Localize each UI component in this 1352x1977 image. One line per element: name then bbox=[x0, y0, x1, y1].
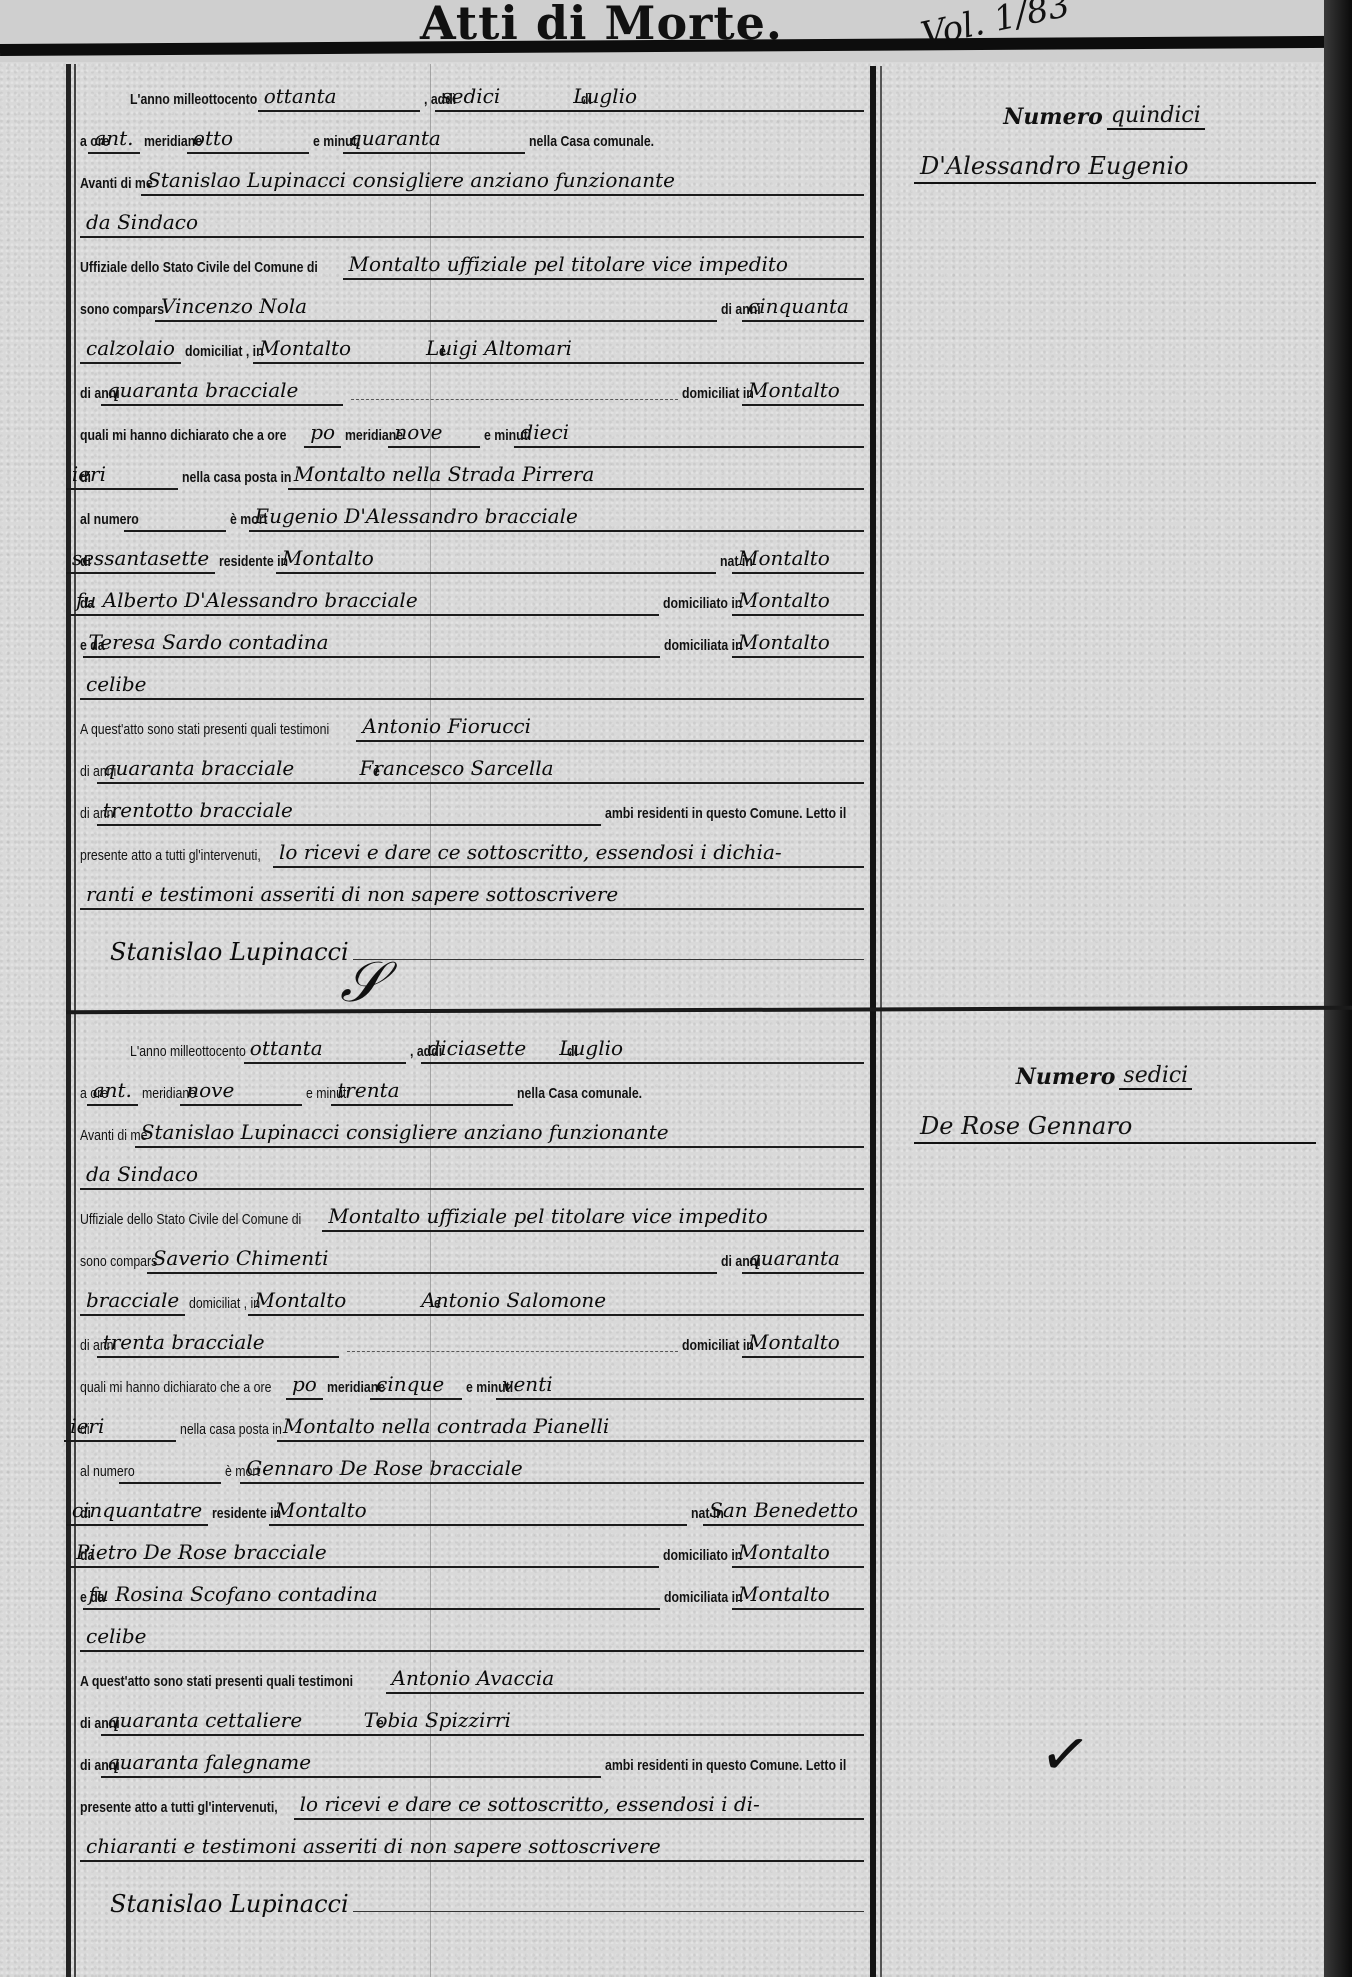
field-declarant-1-prof: bracciale bbox=[80, 1288, 185, 1316]
field-deceased-name: Gennaro De Rose bracciale bbox=[240, 1456, 864, 1484]
act-date-line: L'anno milleottocento ottanta , addì sed… bbox=[80, 70, 868, 112]
label-da: da bbox=[80, 595, 94, 616]
label-presente-atto: presente atto a tutti gl'intervenuti, bbox=[80, 1799, 278, 1820]
act-reading-line: presente atto a tutti gl'intervenuti, lo… bbox=[80, 1778, 868, 1820]
act-witness-line: A quest'atto sono stati presenti quali t… bbox=[80, 1652, 868, 1694]
blank-line bbox=[351, 398, 678, 400]
label-e-minuti: e minuti bbox=[306, 1085, 349, 1106]
label-di: di bbox=[80, 469, 91, 490]
act-date-line: L'anno milleottocento ottanta , addì dic… bbox=[80, 1022, 868, 1064]
field-officer: Stanislao Lupinacci consigliere anziano … bbox=[141, 168, 864, 196]
field-reading: lo ricevi e dare ce sottoscritto, essend… bbox=[273, 840, 864, 868]
label-domiciliat-in: domiciliat in bbox=[682, 385, 754, 406]
field-father: Pietro De Rose bracciale bbox=[70, 1540, 659, 1568]
act-witness-2-line: di anni quaranta bracciale e Francesco S… bbox=[80, 742, 868, 784]
label-casa-posta: nella casa posta in bbox=[182, 469, 291, 490]
field-declarant-1-prof: calzolaio bbox=[80, 336, 181, 364]
label-residente-in: residente in bbox=[212, 1505, 281, 1526]
label-ufficiale: Uffiziale dello Stato Civile del Comune … bbox=[80, 1211, 301, 1232]
field-ore: otto bbox=[187, 126, 309, 154]
field-civil-status: celibe bbox=[80, 672, 864, 700]
act-mother-line: e da Teresa Sardo contadina domiciliata … bbox=[80, 616, 868, 658]
act-deceased-residence-line: di sessantasette residente in Montalto n… bbox=[80, 532, 868, 574]
field-deceased-name: Eugenio D'Alessandro bracciale bbox=[249, 504, 865, 532]
label-domiciliata-in: domiciliata in bbox=[664, 637, 743, 658]
field-declarant-1-domicile: Montalto bbox=[248, 1288, 430, 1316]
death-act-2: L'anno milleottocento ottanta , addì dic… bbox=[80, 1022, 868, 1918]
field-witness-1-age: quaranta bracciale bbox=[97, 756, 369, 784]
act-divider bbox=[66, 1006, 1352, 1014]
label-e-minuti: e minuti bbox=[313, 133, 360, 154]
label-e-da: e da bbox=[80, 637, 105, 658]
act-reading-cont-line: ranti e testimoni asseriti di non sapere… bbox=[80, 868, 868, 910]
field-officer-cont: da Sindaco bbox=[80, 210, 864, 238]
field-act-number: quindici bbox=[1107, 103, 1205, 130]
column-divider bbox=[870, 66, 876, 1977]
officer-signature: Stanislao Lupinacci bbox=[80, 938, 349, 966]
label-nat-in: nat in bbox=[691, 1505, 724, 1526]
field-declarant-2: Antonio Salomone bbox=[415, 1288, 864, 1316]
act-time-line: a ore ant. meridiane otto e minuti quara… bbox=[80, 112, 868, 154]
field-act-number: sedici bbox=[1119, 1063, 1192, 1090]
field-death-place: Montalto nella contrada Pianelli bbox=[277, 1414, 864, 1442]
act-time-line: a ore ant. meridiane nove e minuti trent… bbox=[80, 1064, 868, 1106]
field-mese: Luglio bbox=[553, 1036, 864, 1064]
act-number: Numero sedici bbox=[884, 1040, 1324, 1090]
page-edge-shadow bbox=[1324, 0, 1352, 1977]
label-numero: Numero bbox=[1016, 1064, 1116, 1090]
label-al-numero: al numero bbox=[80, 1463, 135, 1484]
act-comune-line: Uffiziale dello Stato Civile del Comune … bbox=[80, 1190, 868, 1232]
label-meridiane: meridiane bbox=[142, 1085, 196, 1106]
field-death-place: Montalto nella Strada Pirrera bbox=[288, 462, 864, 490]
signature-flourish: 𝒮 bbox=[340, 950, 383, 1016]
act-2-margin-box: Numero sedici De Rose Gennaro bbox=[884, 1040, 1324, 1144]
field-anno: ottanta bbox=[258, 84, 420, 112]
field-mother-domicile: Montalto bbox=[732, 630, 864, 658]
act-comune-line: Uffiziale dello Stato Civile del Comune … bbox=[80, 238, 868, 280]
act-deceased-residence-line: di cinquantatre residente in Montalto na… bbox=[80, 1484, 868, 1526]
act-officer-line: Avanti di me Stanislao Lupinacci consigl… bbox=[80, 1106, 868, 1148]
field-witness-2-age: trentotto bracciale bbox=[97, 798, 602, 826]
label-e-da: e da bbox=[80, 1589, 105, 1610]
label-di-anni: di anni bbox=[721, 1253, 761, 1274]
label-di: di bbox=[80, 1505, 91, 1526]
label-avanti-di-me: Avanti di me bbox=[80, 175, 153, 196]
field-witness-2: Tobia Spizzirri bbox=[358, 1708, 864, 1736]
label-casa-comunale: nella Casa comunale. bbox=[529, 133, 654, 154]
margin-deceased-name: De Rose Gennaro bbox=[914, 1112, 1316, 1144]
act-officer-cont-line: da Sindaco bbox=[80, 1148, 868, 1190]
blank-line bbox=[353, 1910, 864, 1912]
label-ufficiale: Uffiziale dello Stato Civile del Comune … bbox=[80, 259, 318, 280]
act-reading-cont-line: chiaranti e testimoni asseriti di non sa… bbox=[80, 1820, 868, 1862]
field-reading-cont: chiaranti e testimoni asseriti di non sa… bbox=[80, 1834, 864, 1862]
field-declarant-2: Luigi Altomari bbox=[420, 336, 864, 364]
field-ore: nove bbox=[180, 1078, 302, 1106]
label-casa-comunale: nella Casa comunale. bbox=[517, 1085, 642, 1106]
field-declarant-2-domicile: Montalto bbox=[742, 1330, 864, 1358]
label-e-mort: è mort bbox=[225, 1463, 260, 1484]
label-testimoni: A quest'atto sono stati presenti quali t… bbox=[80, 721, 329, 742]
label-casa-posta: nella casa posta in bbox=[180, 1421, 282, 1442]
label-residente-in: residente in bbox=[219, 553, 288, 574]
label-e: e bbox=[439, 343, 446, 364]
label-di-mese: di bbox=[581, 91, 592, 112]
field-civil-status: celibe bbox=[80, 1624, 864, 1652]
act-witness-residence-line: di anni quaranta falegname ambi resident… bbox=[80, 1736, 868, 1778]
field-witness-1: Antonio Fiorucci bbox=[356, 714, 864, 742]
act-declarant-domicile-line: calzolaio domiciliat , in Montalto e Lui… bbox=[80, 322, 868, 364]
label-testimoni: A quest'atto sono stati presenti quali t… bbox=[80, 1673, 353, 1694]
act-witness-2-line: di anni quaranta cettaliere e Tobia Spiz… bbox=[80, 1694, 868, 1736]
check-mark-icon: ✓ bbox=[1035, 1717, 1095, 1793]
label-meridiane: meridiane bbox=[345, 427, 403, 448]
label-domiciliat: domiciliat , in bbox=[189, 1295, 260, 1316]
field-witness-1: Antonio Avaccia bbox=[386, 1666, 864, 1694]
field-deceased-birthplace: San Benedetto bbox=[703, 1498, 864, 1526]
field-reading-cont: ranti e testimoni asseriti di non sapere… bbox=[80, 882, 864, 910]
label-di-anni: di anni bbox=[80, 385, 120, 406]
label-di-mese: di bbox=[567, 1043, 578, 1064]
field-mese: Luglio bbox=[567, 84, 864, 112]
label-ambi-residenti: ambi residenti in questo Comune. Letto i… bbox=[605, 1757, 846, 1778]
field-death-minutes: dieci bbox=[514, 420, 864, 448]
field-witness-2-age: quaranta falegname bbox=[101, 1750, 601, 1778]
label-sono-compars: sono compars bbox=[80, 1253, 157, 1274]
label-ambi-residenti: ambi residenti in questo Comune. Letto i… bbox=[605, 805, 846, 826]
act-declarant-line: sono compars Vincenzo Nola di anni cinqu… bbox=[80, 280, 868, 322]
label-e: e bbox=[373, 763, 380, 784]
act-declarant-2-line: di anni quaranta bracciale domiciliat in… bbox=[80, 364, 868, 406]
label-e: e bbox=[434, 1295, 441, 1316]
field-declarant-2-age: quaranta bracciale bbox=[101, 378, 343, 406]
label-anno: L'anno milleottocento bbox=[130, 91, 257, 112]
field-father-domicile: Montalto bbox=[732, 588, 864, 616]
act-officer-line: Avanti di me Stanislao Lupinacci consigl… bbox=[80, 154, 868, 196]
field-deceased-residence: Montalto bbox=[276, 546, 716, 574]
field-mother-domicile: Montalto bbox=[732, 1582, 864, 1610]
act-father-line: da fu Alberto D'Alessandro bracciale dom… bbox=[80, 574, 868, 616]
label-domiciliato-in: domiciliato in bbox=[663, 1547, 742, 1568]
act-death-time-line: quali mi hanno dichiarato che a ore po m… bbox=[80, 406, 868, 448]
act-witness-line: A quest'atto sono stati presenti quali t… bbox=[80, 700, 868, 742]
label-di-anni: di anni bbox=[80, 1337, 116, 1358]
field-declarant-2-age: trenta bracciale bbox=[97, 1330, 339, 1358]
field-anno: ottanta bbox=[244, 1036, 406, 1064]
margin-deceased-name: D'Alessandro Eugenio bbox=[914, 152, 1316, 184]
field-giorno: sedici bbox=[435, 84, 577, 112]
act-death-place-line: di ieri nella casa posta in Montalto nel… bbox=[80, 448, 868, 490]
act-witness-residence-line: di anni trentotto bracciale ambi residen… bbox=[80, 784, 868, 826]
label-domiciliata-in: domiciliata in bbox=[664, 1589, 743, 1610]
label-avanti-di-me: Avanti di me bbox=[80, 1127, 147, 1148]
label-presente-atto: presente atto a tutti gl'intervenuti, bbox=[80, 847, 261, 868]
label-di: di bbox=[80, 553, 91, 574]
blank-line bbox=[353, 958, 864, 960]
label-domiciliato-in: domiciliato in bbox=[663, 595, 742, 616]
label-quali-dichiarato: quali mi hanno dichiarato che a ore bbox=[80, 427, 286, 448]
field-deceased-residence: Montalto bbox=[269, 1498, 687, 1526]
field-witness-1-age: quaranta cettaliere bbox=[101, 1708, 373, 1736]
frame-border-left-inner bbox=[74, 64, 76, 1977]
officer-signature: Stanislao Lupinacci bbox=[80, 1890, 349, 1918]
field-minuti: trenta bbox=[331, 1078, 513, 1106]
label-e-mort: è mort bbox=[230, 511, 268, 532]
field-minuti: quaranta bbox=[343, 126, 525, 154]
field-death-ante-post: po bbox=[304, 420, 341, 448]
label-da: da bbox=[80, 1547, 94, 1568]
blank-line bbox=[347, 1350, 678, 1352]
act-death-time-line: quali mi hanno dichiarato che a ore po m… bbox=[80, 1358, 868, 1400]
label-di-anni: di anni bbox=[80, 1715, 120, 1736]
label-addi: , addì bbox=[424, 91, 456, 112]
document-page: Atti di Morte. Vol. 1/83 L'anno milleott… bbox=[0, 0, 1352, 1977]
field-father-domicile: Montalto bbox=[732, 1540, 864, 1568]
label-e-minuti: e minuti bbox=[466, 1379, 513, 1400]
label-domiciliat-in: domiciliat in bbox=[682, 1337, 754, 1358]
label-al-numero: al numero bbox=[80, 511, 139, 532]
act-deceased-line: al numero è mort Eugenio D'Alessandro br… bbox=[80, 490, 868, 532]
label-sono-compars: sono compars bbox=[80, 301, 164, 322]
field-comune: Montalto uffiziale pel titolare vice imp… bbox=[343, 252, 864, 280]
label-nat-in: nat in bbox=[720, 553, 753, 574]
label-anno: L'anno milleottocento bbox=[130, 1043, 246, 1064]
label-meridiane: meridiane bbox=[327, 1379, 385, 1400]
label-meridiane: meridiane bbox=[144, 133, 202, 154]
act-civil-status-line: celibe bbox=[80, 1610, 868, 1652]
act-reading-line: presente atto a tutti gl'intervenuti, lo… bbox=[80, 826, 868, 868]
death-act-1: L'anno milleottocento ottanta , addì sed… bbox=[80, 70, 868, 966]
label-di-anni: di anni bbox=[80, 805, 116, 826]
act-signature-line: Stanislao Lupinacci bbox=[80, 910, 868, 966]
field-declarant-1: Vincenzo Nola bbox=[155, 294, 717, 322]
act-signature-line: Stanislao Lupinacci bbox=[80, 1862, 868, 1918]
label-domiciliat: domiciliat , in bbox=[185, 343, 264, 364]
field-declarant-2-domicile: Montalto bbox=[742, 378, 864, 406]
field-officer: Stanislao Lupinacci consigliere anziano … bbox=[135, 1120, 864, 1148]
label-di-anni: di anni bbox=[80, 1757, 120, 1778]
field-officer-cont: da Sindaco bbox=[80, 1162, 864, 1190]
act-officer-cont-line: da Sindaco bbox=[80, 196, 868, 238]
act-mother-line: e da fu Rosina Scofano contadina domicil… bbox=[80, 1568, 868, 1610]
field-comune: Montalto uffiziale pel titolare vice imp… bbox=[322, 1204, 864, 1232]
act-number: Numero quindici bbox=[884, 80, 1324, 130]
label-addi: , addì bbox=[410, 1043, 442, 1064]
label-quali-dichiarato: quali mi hanno dichiarato che a ore bbox=[80, 1379, 271, 1400]
act-1-margin-box: Numero quindici D'Alessandro Eugenio bbox=[884, 80, 1324, 184]
field-witness-2: Francesco Sarcella bbox=[354, 756, 864, 784]
field-reading: lo ricevi e dare ce sottoscritto, essend… bbox=[294, 1792, 864, 1820]
field-declarant-1-domicile: Montalto bbox=[253, 336, 435, 364]
field-mother: fu Rosina Scofano contadina bbox=[83, 1582, 660, 1610]
act-civil-status-line: celibe bbox=[80, 658, 868, 700]
field-death-ante-post: po bbox=[286, 1372, 323, 1400]
act-declarant-domicile-line: bracciale domiciliat , in Montalto e Ant… bbox=[80, 1274, 868, 1316]
act-deceased-line: al numero è mort Gennaro De Rose braccia… bbox=[80, 1442, 868, 1484]
act-declarant-2-line: di anni trenta bracciale domiciliat in M… bbox=[80, 1316, 868, 1358]
frame-border-left bbox=[66, 64, 71, 1977]
field-giorno: diciasette bbox=[421, 1036, 563, 1064]
label-di: di bbox=[80, 1421, 90, 1442]
label-di-anni: di anni bbox=[80, 763, 116, 784]
label-numero: Numero bbox=[1003, 104, 1103, 130]
act-declarant-line: sono compars Saverio Chimenti di anni qu… bbox=[80, 1232, 868, 1274]
column-divider-inner bbox=[880, 66, 882, 1977]
field-death-minutes: venti bbox=[496, 1372, 864, 1400]
label-di-anni: di anni bbox=[721, 301, 761, 322]
label-e-minuti: e minuti bbox=[484, 427, 531, 448]
field-father: fu Alberto D'Alessandro bracciale bbox=[70, 588, 659, 616]
field-mother: Teresa Sardo contadina bbox=[83, 630, 660, 658]
label-e: e bbox=[377, 1715, 384, 1736]
act-death-place-line: di ieri nella casa posta in Montalto nel… bbox=[80, 1400, 868, 1442]
label-a-ore: a ore bbox=[80, 1085, 108, 1106]
field-declarant-1: Saverio Chimenti bbox=[147, 1246, 717, 1274]
label-a-ore: a ore bbox=[80, 133, 109, 154]
act-father-line: da Pietro De Rose bracciale domiciliato … bbox=[80, 1526, 868, 1568]
